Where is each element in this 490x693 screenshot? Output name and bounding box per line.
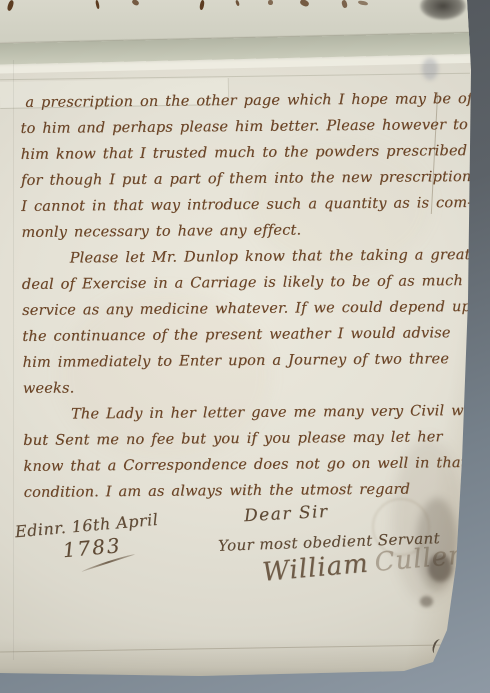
gray-spot: [422, 58, 438, 80]
signature-first-name: William: [261, 549, 370, 588]
manuscript-page: a prescription on the other page which I…: [0, 0, 490, 693]
letter-line: I cannot in that way introduce such a qu…: [21, 190, 463, 220]
letter-body: a prescription on the other page which I…: [20, 86, 466, 506]
manuscript-photo: a prescription on the other page which I…: [0, 0, 490, 693]
stain-ring: [372, 498, 430, 556]
letter-line: a prescription on the other page which I…: [20, 86, 462, 116]
letter-line: Please let Mr. Dunlop know that the taki…: [22, 242, 464, 272]
letter-line: to him and perhaps please him better. Pl…: [20, 112, 462, 142]
left-crease-line: [13, 60, 14, 660]
letter-line: monly necessary to have any effect.: [21, 216, 463, 246]
letter-line: The Lady in her letter gave me many very…: [23, 398, 465, 428]
cut-off-ink-fragment: [268, 0, 273, 5]
page-bottom-shadow: [0, 638, 472, 683]
letter-line: weeks.: [23, 372, 465, 402]
letter-line: the continuance of the present weather I…: [22, 320, 464, 350]
faint-crease-line: [0, 73, 470, 81]
letter-line: but Sent me no fee but you if you please…: [23, 424, 465, 454]
letter-line: deal of Exercise in a Carriage is likely…: [22, 268, 464, 298]
letter-line: service as any medicine whatever. If we …: [22, 294, 464, 324]
stain-dark-spot: [428, 554, 452, 582]
closing-salutation: Dear Sir: [244, 502, 330, 526]
letter-line: him know that I trusted much to the powd…: [21, 138, 463, 168]
stain-dark-spot: [420, 596, 433, 607]
letter-line: him immediately to Enter upon a Journey …: [22, 346, 464, 376]
letter-dateline: Edinr. 16th April 1783: [14, 510, 161, 571]
edge-ink-mark: [438, 646, 449, 662]
letter-line: for though I put a part of them into the…: [21, 164, 463, 194]
